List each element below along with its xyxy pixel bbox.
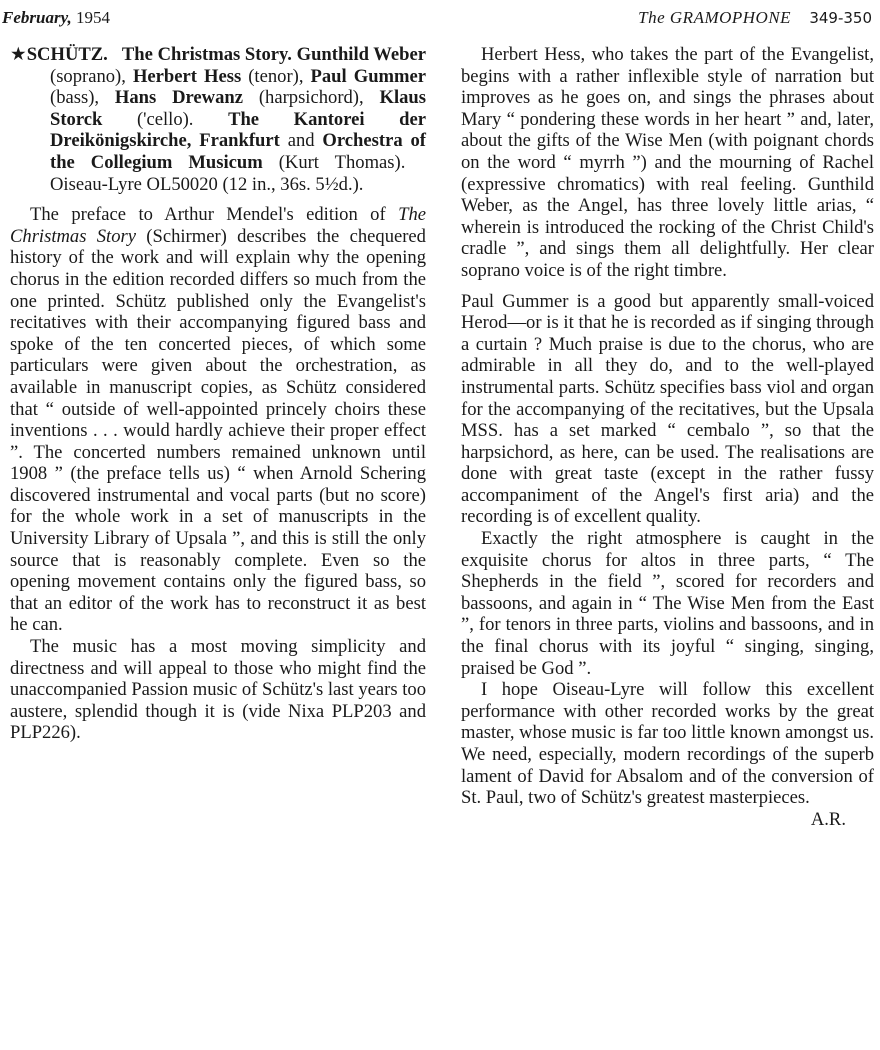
paragraph: Exactly the right atmosphere is caught i… bbox=[461, 528, 874, 679]
issue-date: February, 1954 bbox=[2, 8, 110, 28]
record-label: Oiseau-Lyre OL50020 (12 in., 36s. 5½d.). bbox=[50, 174, 363, 195]
page-numbers: 349-350 bbox=[809, 9, 872, 27]
magazine-title: The GRAMOPHONE bbox=[638, 8, 791, 27]
performer-role: (harpsichord), bbox=[259, 87, 364, 108]
performer-name: Herbert Hess bbox=[133, 66, 241, 87]
paragraph: I hope Oiseau-Lyre will follow this exce… bbox=[461, 679, 874, 809]
performer-role: (tenor), bbox=[248, 66, 303, 87]
review-heading: ★SCHÜTZ. The Christmas Story. Gunthild W… bbox=[10, 44, 426, 195]
left-column: ★SCHÜTZ. The Christmas Story. Gunthild W… bbox=[10, 44, 426, 744]
choir-joiner: and bbox=[288, 130, 315, 151]
paragraph: The preface to Arthur Mendel's edition o… bbox=[10, 204, 426, 636]
issue-month: February, bbox=[2, 8, 72, 27]
work-title: The Christmas Story. bbox=[122, 44, 292, 65]
author-signature: A.R. bbox=[791, 809, 874, 831]
paragraph-text: I hope Oiseau-Lyre will follow this exce… bbox=[461, 679, 874, 808]
performer-role: (soprano), bbox=[50, 66, 126, 87]
performer-role: ('cello). bbox=[137, 109, 194, 130]
paragraph: Paul Gummer is a good but apparently sma… bbox=[461, 291, 874, 529]
right-column: Herbert Hess, who takes the part of the … bbox=[461, 44, 874, 830]
performer-name: Paul Gummer bbox=[311, 66, 426, 87]
paragraph: Herbert Hess, who takes the part of the … bbox=[461, 44, 874, 282]
composer: SCHÜTZ. bbox=[27, 44, 108, 65]
page-header: February, 1954 The GRAMOPHONE 349-350 bbox=[0, 8, 880, 32]
performer-name: Hans Drewanz bbox=[115, 87, 243, 108]
performer-role: (bass), bbox=[50, 87, 99, 108]
paragraph: The music has a most moving simplicity a… bbox=[10, 636, 426, 744]
performer-name: Gunthild Weber bbox=[297, 44, 426, 65]
conductor: (Kurt Thomas). bbox=[279, 152, 406, 173]
star-icon: ★ bbox=[10, 44, 27, 65]
paragraph-text: The preface to Arthur Mendel's edition o… bbox=[30, 204, 386, 225]
issue-year: 1954 bbox=[76, 8, 110, 27]
paragraph-text: (Schirmer) describes the chequered histo… bbox=[10, 226, 426, 636]
magazine-masthead: The GRAMOPHONE 349-350 bbox=[638, 8, 872, 28]
